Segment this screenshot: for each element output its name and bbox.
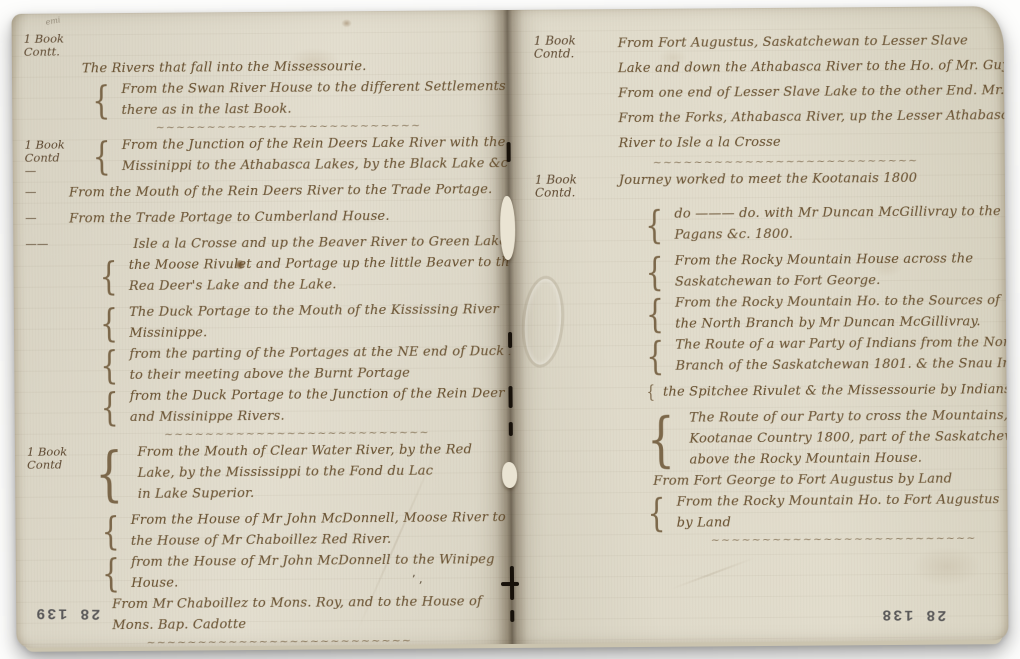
manuscript-line: Kootanae Country 1800, part of the Saska…: [689, 426, 995, 449]
manuscript-line: in Lake Superior.: [138, 481, 473, 505]
manuscript-line: The Route of a war Party of Indians from…: [675, 332, 994, 356]
entry-lines: the Spitchee Rivulet & the Missessourie …: [663, 379, 995, 403]
manuscript-line: Branch of the Saskatchewan 1801. & the S…: [675, 353, 994, 377]
margin-spacer: [534, 382, 620, 386]
manuscript-book: emi 1 Book Contt.The Rivers that fall in…: [12, 6, 1009, 648]
entry-lines: From the House of Mr John McDonnell, Moo…: [131, 507, 494, 552]
manuscript-entry: 1 Book Contd.Journey worked to meet the …: [533, 167, 993, 200]
entry-lines: Journey worked to meet the Kootanais 180…: [619, 168, 918, 191]
entry-lines: from the Duck Portage to the Junction of…: [130, 383, 493, 442]
margin-spacer: [535, 471, 621, 475]
manuscript-entry: {do ——— do. with Mr Duncan McGillivray t…: [533, 201, 993, 247]
entry-lines: From the Trade Portage to Cumberland Hou…: [69, 206, 390, 230]
stray-ink-marks: ’ ‚: [412, 573, 423, 586]
tear-fragment: [502, 462, 517, 488]
entry-lines: From the Rocky Mountain House across the…: [675, 248, 974, 292]
entry-lines: The Route of our Party to cross the Moun…: [689, 405, 995, 470]
margin-note: ——: [23, 234, 69, 250]
grouping-brace: {: [92, 135, 110, 177]
margin-note: 1 Book Contd.: [533, 170, 619, 200]
stitch-mark: [507, 142, 511, 162]
manuscript-line: by Land: [677, 510, 996, 534]
manuscript-line: From the Swan River House to the differe…: [121, 76, 490, 100]
manuscript-entry: 1 Book Contd.From Fort Augustus, Saskatc…: [532, 28, 993, 171]
manuscript-line: From the Mouth of Clear Water River, by …: [137, 439, 472, 463]
margin-spacer: [24, 386, 70, 389]
grouping-brace: {: [645, 251, 663, 293]
manuscript-line: From the Junction of the Rein Deers Lake…: [122, 132, 491, 156]
margin-note: 1 Book Contd: [25, 442, 71, 471]
flourish-separator: ~~~~~~~~~~~~~~~~~~~~~~~~~~: [711, 532, 996, 546]
entry-lines: From the Swan River House to the differe…: [121, 76, 490, 135]
manuscript-entry: {from the Duck Portage to the Junction o…: [24, 383, 492, 443]
manuscript-line: above the Rocky Mountain House.: [690, 447, 996, 470]
manuscript-line: the Spitchee Rivulet & the Missessourie …: [663, 379, 995, 403]
flourish-separator: ~~~~~~~~~~~~~~~~~~~~~~~~~~: [653, 154, 993, 169]
entry-lines: From Fort George to Fort Augustus by Lan…: [653, 469, 952, 492]
manuscript-line: From Fort George to Fort Augustus by Lan…: [653, 469, 952, 492]
margin-note: 1 Book Contd —: [22, 135, 68, 177]
stitch-mark: [508, 332, 512, 348]
entry-lines: From the Mouth of the Rein Deers River t…: [69, 179, 491, 203]
margin-spacer: [22, 79, 68, 82]
grouping-brace: {: [100, 386, 118, 428]
grouping-brace: {: [100, 302, 118, 344]
manuscript-entry: {From the Rocky Mountain Ho. to Fort Aug…: [535, 489, 995, 549]
manuscript-line: Lake, by the Mississippi to the Fond du …: [138, 460, 473, 484]
entry-lines: From Fort Augustus, Saskatchewan to Less…: [618, 28, 993, 170]
manuscript-line: Missinippi to the Athabasca Lakes, by th…: [122, 153, 491, 177]
manuscript-entry: {The Duck Portage to the Mouth of the Ki…: [24, 299, 492, 345]
grouping-brace: {: [645, 204, 663, 246]
manuscript-line: From the Forks, Athabasca River, up the …: [618, 103, 992, 131]
entry-lines: The Route of a war Party of Indians from…: [675, 332, 994, 377]
grouping-brace: {: [646, 382, 655, 403]
manuscript-line: The Route of our Party to cross the Moun…: [689, 405, 995, 428]
manuscript-line: the North Branch by Mr Duncan McGillivra…: [675, 311, 994, 335]
manuscript-entry: —From the Trade Portage to Cumberland Ho…: [23, 205, 491, 230]
manuscript-line: The Rivers that fall into the Missessour…: [82, 56, 367, 79]
crease: [670, 557, 755, 590]
entry-lines: do ——— do. with Mr Duncan McGillivray to…: [674, 201, 993, 246]
manuscript-line: from the Duck Portage to the Junction of…: [130, 383, 493, 407]
manuscript-line: From one end of Lesser Slave Lake to the…: [618, 78, 992, 106]
pencil-note: emi: [45, 15, 61, 27]
manuscript-entry: {From the Rocky Mountain House across th…: [533, 248, 993, 294]
entry-lines: The Duck Portage to the Mouth of the Kis…: [129, 299, 492, 344]
margin-note: 1 Book Contd.: [532, 31, 618, 61]
entry-lines: Isle a la Crosse and up the Beaver River…: [133, 231, 491, 255]
manuscript-line: there as in the last Book.: [121, 97, 490, 121]
margin-note: 1 Book Contt.: [22, 29, 68, 58]
manuscript-line: from the House of Mr John McDonnell to t…: [131, 549, 494, 573]
stain-spot: [912, 546, 982, 587]
margin-spacer: [534, 335, 620, 339]
margin-spacer: [24, 344, 70, 347]
manuscript-entry: {From the House of Mr John McDonnell, Mo…: [25, 507, 493, 553]
grouping-brace: {: [101, 510, 119, 552]
grouping-brace: {: [100, 344, 118, 386]
margin-spacer: [534, 293, 620, 297]
manuscript-line: Isle a la Crosse and up the Beaver River…: [133, 231, 491, 255]
manuscript-line: Missinippe.: [129, 320, 492, 344]
manuscript-line: the House of Mr Chaboillez Red River.: [131, 528, 494, 552]
manuscript-line: House.: [131, 570, 494, 594]
manuscript-entry: {The Route of our Party to cross the Mou…: [535, 405, 995, 472]
manuscript-entry: {The Route of a war Party of Indians fro…: [534, 332, 994, 378]
manuscript-entry: —From the Mouth of the Rein Deers River …: [23, 179, 491, 204]
manuscript-line: The Duck Portage to the Mouth of the Kis…: [129, 299, 492, 323]
stitch-mark: [501, 582, 519, 586]
manuscript-line: the Moose Rivulet and Portage up the lit…: [129, 252, 492, 276]
grouping-brace: {: [647, 408, 676, 471]
manuscript-line: From the Rocky Mountain Ho. to the Sourc…: [675, 290, 994, 314]
entry-lines: From the Rocky Mountain Ho. to the Sourc…: [675, 290, 994, 335]
manuscript-line: do ——— do. with Mr Duncan McGillivray to…: [674, 201, 993, 225]
entry-lines: From the Mouth of Clear Water River, by …: [137, 439, 472, 505]
right-page-content: 1 Book Contd.From Fort Augustus, Saskatc…: [532, 28, 996, 549]
manuscript-line: and Missinippe Rivers.: [130, 404, 493, 428]
manuscript-entry: 1 Book Contd —{From the Junction of the …: [22, 132, 490, 178]
grouping-brace: {: [99, 255, 117, 297]
margin-spacer: [533, 204, 619, 208]
manuscript-entry: {from the parting of the Portages at the…: [24, 341, 492, 387]
manuscript-entry: 1 Book Contt.: [22, 26, 490, 59]
stitch-mark: [509, 422, 513, 436]
manuscript-line: to their meeting above the Burnt Portage: [129, 362, 492, 386]
grouping-brace: {: [647, 492, 665, 534]
left-page-content: 1 Book Contt.The Rivers that fall into t…: [22, 26, 495, 648]
margin-spacer: [26, 552, 72, 555]
margin-spacer: [535, 492, 621, 496]
left-page: emi 1 Book Contt.The Rivers that fall in…: [12, 10, 513, 648]
entry-lines: The Rivers that fall into the Missessour…: [82, 56, 367, 79]
manuscript-line: From the House of Mr John McDonnell, Moo…: [131, 507, 494, 531]
manuscript-line: From Fort Augustus, Saskatchewan to Less…: [618, 28, 992, 56]
manuscript-line: River to Isle a la Crosse: [618, 128, 992, 156]
manuscript-line: Rea Deer's Lake and the Lake.: [129, 273, 492, 297]
grouping-brace: {: [646, 293, 664, 335]
manuscript-entry: {from the House of Mr John McDonnell to …: [26, 549, 494, 595]
manuscript-line: Saskatchewan to Fort George.: [675, 269, 974, 292]
stitch-mark: [510, 610, 514, 622]
margin-spacer: [26, 594, 72, 597]
margin-spacer: [22, 58, 68, 61]
indent-spacer: [69, 234, 133, 235]
margin-spacer: [535, 408, 621, 412]
margin-note: —: [23, 182, 69, 198]
margin-note: —: [23, 208, 69, 224]
manuscript-line: From the Rocky Mountain Ho. to Fort Augu…: [676, 489, 995, 513]
right-page: 1 Book Contd.From Fort Augustus, Saskatc…: [508, 6, 1009, 644]
manuscript-entry: 1 Book Contd{From the Mouth of Clear Wat…: [25, 439, 493, 506]
stain-spot: [342, 19, 352, 27]
grouping-brace: {: [646, 335, 664, 377]
margin-spacer: [533, 251, 619, 255]
manuscript-line: Journey worked to meet the Kootanais 180…: [619, 168, 918, 191]
grouping-brace: {: [95, 442, 124, 505]
manuscript-entry: {From the Rocky Mountain Ho. to the Sour…: [534, 290, 994, 336]
entry-lines: From the Rocky Mountain Ho. to Fort Augu…: [676, 489, 995, 548]
stitch-mark: [508, 386, 512, 408]
manuscript-line: from the parting of the Portages at the …: [129, 341, 492, 365]
manuscript-entry: {the Moose Rivulet and Portage up the li…: [23, 252, 491, 298]
margin-spacer: [25, 510, 71, 513]
entry-lines: from the parting of the Portages at the …: [129, 341, 492, 386]
manuscript-line: From the Trade Portage to Cumberland Hou…: [69, 206, 390, 230]
archive-stamp: 28 139: [34, 604, 100, 622]
manuscript-entry: {the Spitchee Rivulet & the Missessourie…: [534, 379, 994, 404]
manuscript-line: From the Mouth of the Rein Deers River t…: [69, 179, 491, 203]
margin-spacer: [24, 302, 70, 305]
manuscript-entry: {From the Swan River House to the differ…: [22, 76, 490, 136]
manuscript-line: Mons. Bap. Cadotte: [112, 612, 482, 636]
grouping-brace: {: [92, 79, 110, 121]
manuscript-line: Lake and down the Athabasca River to the…: [618, 53, 992, 81]
entry-lines: the Moose Rivulet and Portage up the lit…: [129, 252, 492, 297]
archive-stamp: 28 138: [880, 606, 946, 624]
manuscript-line: From the Rocky Mountain House across the: [675, 248, 974, 271]
entry-lines: From the Junction of the Rein Deers Lake…: [122, 132, 491, 177]
margin-spacer: [23, 255, 69, 258]
entry-lines: From Mr Chaboillez to Mons. Roy, and to …: [112, 591, 482, 648]
grouping-brace: {: [102, 552, 120, 594]
manuscript-line: From Mr Chaboillez to Mons. Roy, and to …: [112, 591, 482, 615]
manuscript-line: Pagans &c. 1800.: [674, 222, 993, 246]
photo-backdrop: emi 1 Book Contt.The Rivers that fall in…: [0, 0, 1020, 659]
entry-lines: from the House of Mr John McDonnell to t…: [131, 549, 494, 594]
